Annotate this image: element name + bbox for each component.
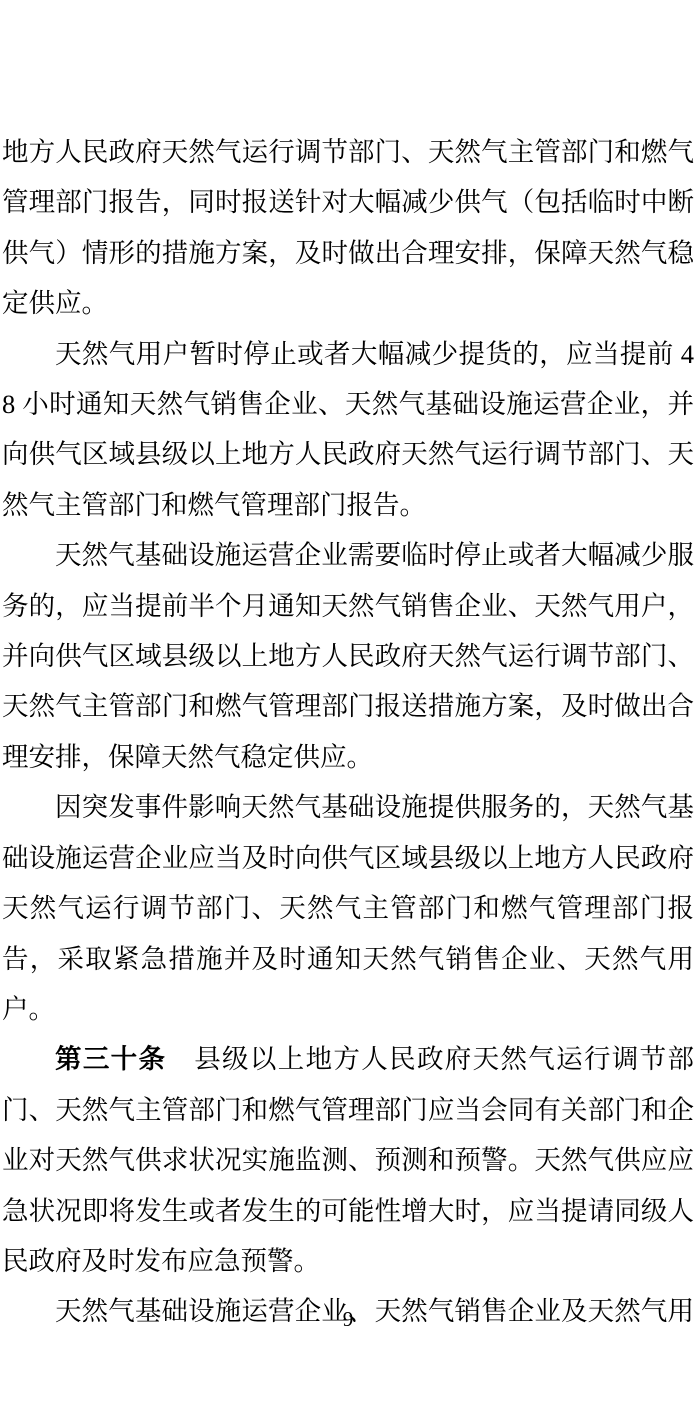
document-page: 地方人民政府天然气运行调节部门、天然气主管部门和燃气管理部门报告，同时报送针对大… bbox=[0, 0, 696, 1415]
paragraph-emergency-events: 因突发事件影响天然气基础设施提供服务的，天然气基础设施运营企业应当及时向供气区域… bbox=[2, 782, 694, 1034]
paragraph-continuation: 地方人民政府天然气运行调节部门、天然气主管部门和燃气管理部门报告，同时报送针对大… bbox=[2, 127, 694, 329]
article-30-body: 县级以上地方人民政府天然气运行调节部门、天然气主管部门和燃气管理部门应当会同有关… bbox=[2, 1044, 694, 1276]
article-30-number: 第三十条 bbox=[55, 1044, 166, 1074]
page-number: 9 bbox=[0, 1306, 696, 1332]
paragraph-user-notice: 天然气用户暂时停止或者大幅减少提货的，应当提前 48 小时通知天然气销售企业、天… bbox=[2, 329, 694, 531]
paragraph-article-30: 第三十条 县级以上地方人民政府天然气运行调节部门、天然气主管部门和燃气管理部门应… bbox=[2, 1034, 694, 1286]
paragraph-infrastructure-notice: 天然气基础设施运营企业需要临时停止或者大幅减少服务的，应当提前半个月通知天然气销… bbox=[2, 530, 694, 782]
